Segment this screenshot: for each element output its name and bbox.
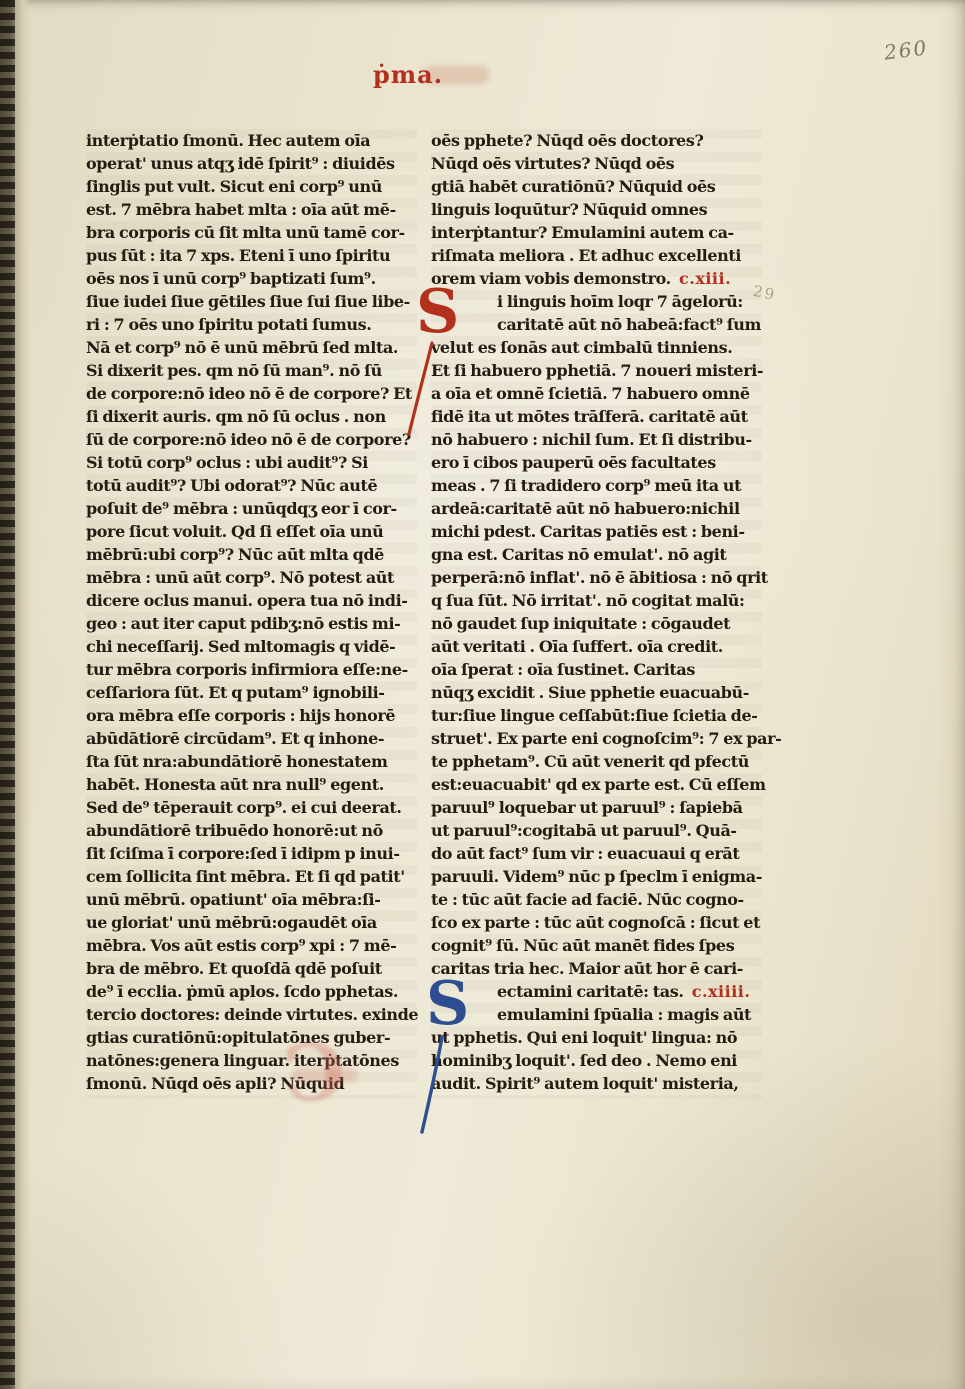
- text-line: Si totū corp⁹ oclus : ubi audit⁹? Si: [86, 451, 417, 474]
- text-line: ero ī cibos pauperū oēs facultates: [431, 451, 762, 474]
- text-line: meas . 7 ſi tradidero corp⁹ meū ita ut: [431, 474, 762, 497]
- text-line: ſmonū. Nūqd oēs apli? Nūquid: [86, 1072, 417, 1095]
- text-line: habēt. Honesta aūt nra null⁹ egent.: [86, 773, 417, 796]
- text-line: velut es ſonās aut cimbalū tinniens.: [431, 336, 762, 359]
- text-line: ut pphetis. Qui eni loquit' lingua: nō: [431, 1026, 762, 1049]
- text-line: caritas tria hec. Maior aūt hor ē cari-: [431, 957, 762, 980]
- text-line: linguis loquūtur? Nūquid omnes: [431, 198, 762, 221]
- text-line: bra de mēbro. Et quoſdā qdē poſuit: [86, 957, 417, 980]
- text-line: nūqʒ excidit . Siue pphetie euacuabū-: [431, 681, 762, 704]
- text-line: tur mēbra corporis infirmiora eſſe:ne-: [86, 658, 417, 681]
- text-line: ſū de corpore:nō ideo nō ē de corpore?: [86, 428, 417, 451]
- text-line: a oīa et omnē ſcietiā. 7 habuero omnē: [431, 382, 762, 405]
- text-line: paruuli. Videm⁹ nūc p ſpeclm ī enigma-: [431, 865, 762, 888]
- text-line: gna est. Caritas nō emulat'. nō agit: [431, 543, 762, 566]
- text-line: de⁹ ī ecclia. ṗmū aplos. ſcdo pphetas.: [86, 980, 417, 1003]
- text-line: michi pdest. Caritas patiēs est : beni-: [431, 520, 762, 543]
- text-line: interṗtantur? Emulamini autem ca-: [431, 221, 762, 244]
- text-line: natōnes:genera linguar. iterṗtatōnes: [86, 1049, 417, 1072]
- text-line: oēs nos ī unū corp⁹ baptizati ſum⁹.: [86, 267, 417, 290]
- text-line: pus ſūt : ita 7 xps. Eteni ī uno ſpiritu: [86, 244, 417, 267]
- text-line: riſmata meliora . Et adhuc excellenti: [431, 244, 762, 267]
- text-line: fidē ita ut mōtes trāſferā. caritatē aūt: [431, 405, 762, 428]
- text-line: ora mēbra eſſe corporis : hijs honorē: [86, 704, 417, 727]
- text-line: interṗtatio ſmonū. Hec autem oīa: [86, 129, 417, 152]
- text-column-left: interṗtatio ſmonū. Hec autem oīaoperat' …: [86, 129, 417, 1095]
- text-line: pore ſicut voluit. Qd ſi eſſet oīa unū: [86, 520, 417, 543]
- text-line: mēbra : unū aūt corp⁹. Nō potest aūt: [86, 566, 417, 589]
- text-line: audit. Spirit⁹ autem loquit' misteria,: [431, 1072, 762, 1095]
- text-line: est:euacuabit' qd ex parte est. Cū eſſem: [431, 773, 762, 796]
- text-line: ſta ſūt nra:abundātiorē honestatem: [86, 750, 417, 773]
- text-line: ſi dixerit auris. qm nō ſū oclus . non: [86, 405, 417, 428]
- text-line: chi neceſſarij. Sed mltomagis q vidē-: [86, 635, 417, 658]
- text-line: q ſua ſūt. Nō irritat'. nō cogitat malū:: [431, 589, 762, 612]
- text-line: caritatē aūt nō habeā:fact⁹ ſum: [431, 313, 762, 336]
- text-line: ut paruul⁹:cogitabā ut paruul⁹. Quā-: [431, 819, 762, 842]
- chapter-initial-blue-S: S: [426, 978, 469, 1030]
- text-line: tercio doctores: deinde virtutes. exinde: [86, 1003, 417, 1026]
- text-line: do aūt fact⁹ ſum vir : euacuaui q erāt: [431, 842, 762, 865]
- text-line: te pphetam⁹. Cū aūt venerit qd pfectū: [431, 750, 762, 773]
- text-line: te : tūc aūt facie ad faciē. Nūc cogno-: [431, 888, 762, 911]
- text-line: ſiue iudei ſiue gētiles ſiue ſui ſiue li…: [86, 290, 417, 313]
- page-edge: [15, 0, 31, 1389]
- text-line: ſinglis put vult. Sicut eni corp⁹ unū: [86, 175, 417, 198]
- text-line: nō habuero : nichil ſum. Et ſi distribu-: [431, 428, 762, 451]
- text-line: orem viam vobis demonstro. c.xiii.: [431, 267, 762, 290]
- text-line: abundātiorē tribuēdo honorē:ut nō: [86, 819, 417, 842]
- text-line: bra corporis cū ſit mlta unū tamē cor-: [86, 221, 417, 244]
- text-line: Et ſi habuero pphetiā. 7 noueri misteri-: [431, 359, 762, 382]
- text-line: geo : aut iter caput pdibʒ:nō estis mi-: [86, 612, 417, 635]
- running-header-rubric: ṗma.: [373, 60, 443, 89]
- binding-gutter: [0, 0, 15, 1389]
- text-line: totū audit⁹? Ubi odorat⁹? Nūc autē: [86, 474, 417, 497]
- text-line: perperā:nō inflat'. nō ē ābitiosa : nō q…: [431, 566, 762, 589]
- text-line: ectamini caritatē: tas. c.xiiii.: [431, 980, 762, 1003]
- blue-initial-flourish: [419, 1035, 445, 1135]
- text-line: emulamini ſpūalia : magis aūt: [431, 1003, 762, 1026]
- text-line: cem ſollicita ſint mēbra. Et ſi qd patit…: [86, 865, 417, 888]
- text-line: ſit ſciſma ī corpore:ſed ī idipm p inui-: [86, 842, 417, 865]
- text-line: i linguis hoīm loqr 7 āgelorū:: [431, 290, 762, 313]
- text-line: hominibʒ loquit'. ſed deo . Nemo eni: [431, 1049, 762, 1072]
- text-line: struet'. Ex parte eni cognoſcim⁹: 7 ex p…: [431, 727, 762, 750]
- text-line: de corpore:nō ideo nō ē de corpore? Et: [86, 382, 417, 405]
- text-line: Si dixerit pes. qm nō ſū man⁹. nō ſū: [86, 359, 417, 382]
- text-line: dicere oclus manui. opera tua nō indi-: [86, 589, 417, 612]
- text-line: abūdātiorē circūdam⁹. Et q inhone-: [86, 727, 417, 750]
- text-line: nō gaudet ſup iniquitate : cōgaudet: [431, 612, 762, 635]
- text-line: poſuit de⁹ mēbra : unūqdqʒ eor ī cor-: [86, 497, 417, 520]
- text-line: operat' unus atqʒ idē ſpirit⁹ : diuidēs: [86, 152, 417, 175]
- text-column-right: S S oēs pphete? Nūqd oēs doctores?Nūqd o…: [431, 129, 762, 1095]
- text-line: mēbra. Vos aūt estis corp⁹ xpi : 7 mē-: [86, 934, 417, 957]
- text-line: mēbrū:ubi corp⁹? Nūc aūt mlta qdē: [86, 543, 417, 566]
- text-line: ri : 7 oēs uno ſpiritu potati ſumus.: [86, 313, 417, 336]
- text-line: unū mēbrū. opatiunt' oīa mēbra:ſi-: [86, 888, 417, 911]
- text-line: ue gloriat' unū mēbrū:ogaudēt oīa: [86, 911, 417, 934]
- text-line: paruul⁹ loquebar ut paruul⁹ : ſapiebā: [431, 796, 762, 819]
- text-line: cognit⁹ ſū. Nūc aūt manēt fides ſpes: [431, 934, 762, 957]
- text-line: est. 7 mēbra habet mlta : oīa aūt mē-: [86, 198, 417, 221]
- chapter-initial-red-S: S: [416, 286, 459, 338]
- text-line: ardeā:caritatē aūt nō habuero:nichil: [431, 497, 762, 520]
- text-line: oīa ſperat : oīa ſustinet. Caritas: [431, 658, 762, 681]
- chapter-number-rubric: c.xiii.: [675, 269, 731, 288]
- text-line: ceſſariora ſūt. Et q putam⁹ ignobili-: [86, 681, 417, 704]
- text-line: gtiā habēt curatiōnū? Nūquid oēs: [431, 175, 762, 198]
- chapter-number-rubric: c.xiiii.: [688, 982, 751, 1001]
- text-line: gtias curatiōnū:opitulatōnes guber-: [86, 1026, 417, 1049]
- red-offset-bleed-smudge: [292, 1068, 358, 1082]
- text-line: Nūqd oēs virtutes? Nūqd oēs: [431, 152, 762, 175]
- text-line: Nā et corp⁹ nō ē unū mēbrū ſed mlta.: [86, 336, 417, 359]
- text-line: Sed de⁹ tēperauit corp⁹. ei cui deerat.: [86, 796, 417, 819]
- text-line: ſco ex parte : tūc aūt cognoſcā : ſicut …: [431, 911, 762, 934]
- red-initial-flourish: [405, 341, 435, 437]
- text-line: aūt veritati . Oīa ſuffert. oīa credit.: [431, 635, 762, 658]
- text-line: oēs pphete? Nūqd oēs doctores?: [431, 129, 762, 152]
- text-line: tur:ſiue lingue ceſſabūt:ſiue ſcietia de…: [431, 704, 762, 727]
